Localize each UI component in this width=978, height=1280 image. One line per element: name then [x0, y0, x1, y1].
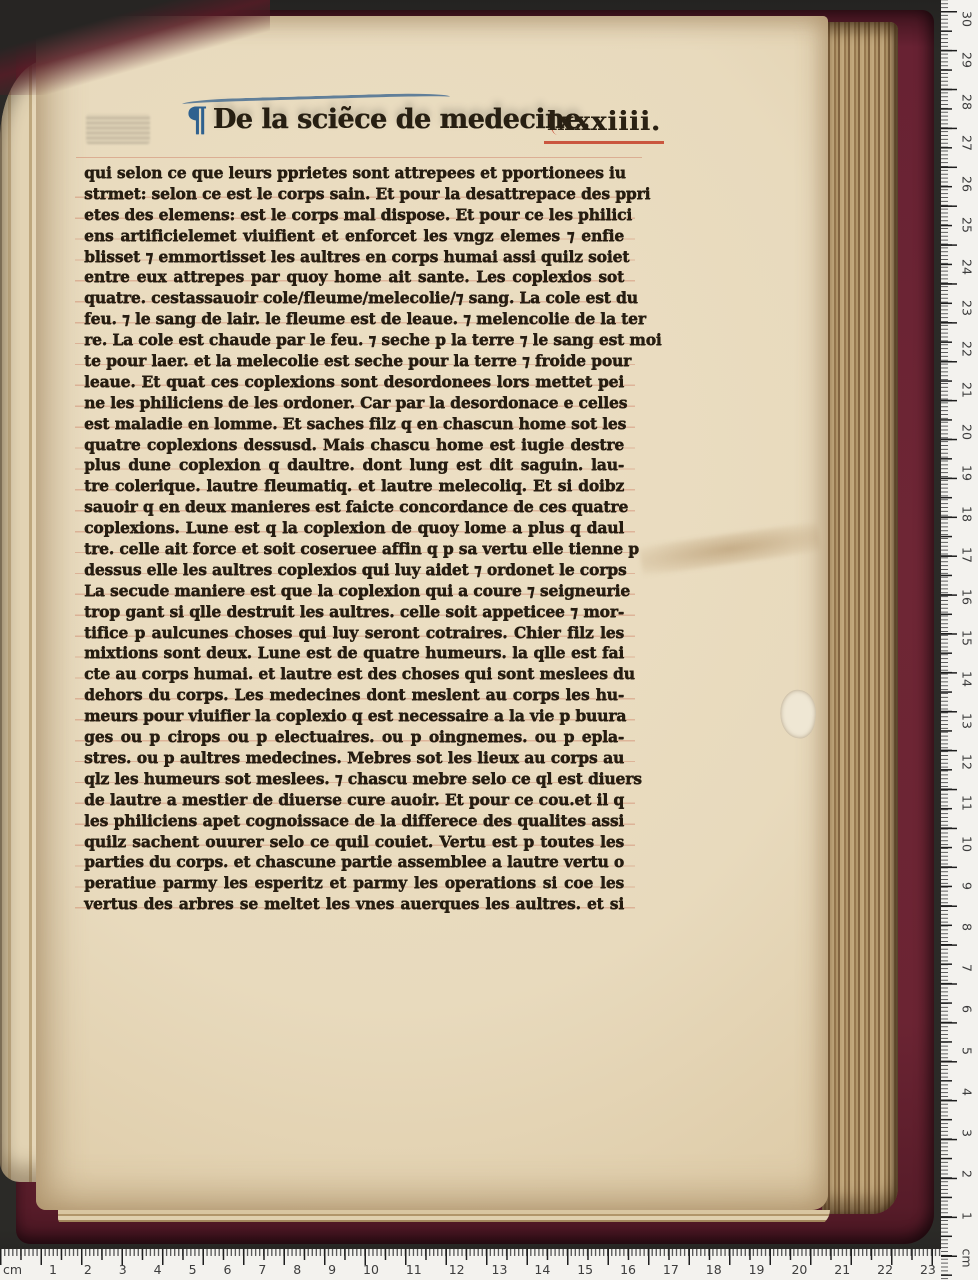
horizontal-ruler-label: 7: [258, 1262, 266, 1277]
text-line: qui selon ce que leurs pprietes sont att…: [84, 163, 624, 184]
page-fore-edge: [822, 22, 898, 1214]
horizontal-ruler-label: 14: [534, 1262, 550, 1277]
text-line: quatre. cestassauoir cole/fleume/melecol…: [84, 288, 624, 309]
vertical-ruler-label: cm: [960, 1248, 974, 1265]
text-line: dessus elle les aultres coplexios qui lu…: [84, 560, 624, 581]
horizontal-ruler-label: 21: [834, 1262, 850, 1277]
horizontal-ruler-label: 13: [492, 1262, 508, 1277]
chapter-header: ¶ De la sciẽce de medecine. lxxxiiii.: [186, 100, 664, 146]
vertical-ruler-label: 11: [960, 795, 974, 812]
text-line: trop gant si qlle destruit les aultres. …: [84, 602, 624, 623]
horizontal-ruler-label: 8: [293, 1262, 301, 1277]
horizontal-ruler-labels: cm1234567891011121314151617181920212223: [3, 1262, 936, 1277]
vertical-ruler-label: 20: [960, 423, 974, 440]
vertical-ruler-label: 27: [960, 134, 974, 151]
vertical-ruler-label: 23: [960, 299, 974, 316]
ink-bleedthrough-smudge: [86, 114, 150, 144]
text-line: sauoir q en deux manieres est faicte con…: [84, 497, 624, 518]
horizontal-ruler-label: 18: [706, 1262, 722, 1277]
text-line: meurs pour viuifier la coplexio q est ne…: [84, 706, 624, 727]
manuscript-page: ¶ De la sciẽce de medecine. lxxxiiii. qu…: [36, 16, 828, 1210]
text-line: de lautre a mestier de diuerse cure auoi…: [84, 790, 624, 811]
text-line: est maladie en lomme. Et saches filz q e…: [84, 414, 624, 435]
text-line: etes des elemens: est le corps mal dispo…: [84, 205, 624, 226]
horizontal-ruler-label: 6: [223, 1262, 231, 1277]
vertical-ruler-label: 26: [960, 176, 974, 193]
text-line: tre. celle ait force et soit coseruee af…: [84, 539, 624, 560]
vertical-ruler-label: 25: [960, 217, 974, 234]
text-line: La secude maniere est que la coplexion q…: [84, 581, 624, 602]
text-line: les philiciens apet cognoissace de la di…: [84, 811, 624, 832]
text-line: mixtions sont deux. Lune est de quatre h…: [84, 643, 624, 664]
text-line: ne les philiciens de les ordoner. Car pa…: [84, 393, 624, 414]
repair-patch: [777, 688, 819, 741]
vertical-ruler-label: 29: [960, 52, 974, 69]
page-bottom-edges: [58, 1210, 830, 1226]
horizontal-ruler-label: 4: [154, 1262, 162, 1277]
vertical-ruler-label: 13: [960, 712, 974, 729]
text-line: strmet: selon ce est le corps sain. Et p…: [84, 184, 624, 205]
vertical-ruler-label: 6: [960, 1001, 974, 1018]
text-line: ens artificielemet viuifient et enforcet…: [84, 226, 624, 247]
vertical-ruler-label: 21: [960, 382, 974, 399]
vertical-ruler-label: 19: [960, 464, 974, 481]
text-line: quatre coplexions dessusd. Mais chascu h…: [84, 435, 624, 456]
vertical-ruler-label: 1: [960, 1207, 974, 1224]
photo-stage: ¶ De la sciẽce de medecine. lxxxiiii. qu…: [0, 0, 978, 1280]
horizontal-ruler-label: 5: [189, 1262, 197, 1277]
horizontal-ruler-label: 20: [791, 1262, 807, 1277]
text-line: re. La cole est chaude par le feu. ⁊ sec…: [84, 330, 624, 351]
horizontal-ruler-label: 1: [49, 1262, 57, 1277]
vertical-ruler-label: 17: [960, 547, 974, 564]
text-line: blisset ⁊ emmortisset les aultres en cor…: [84, 247, 624, 268]
vertical-ruler-label: 15: [960, 629, 974, 646]
vertical-ruler-label: 3: [960, 1125, 974, 1142]
text-line: quilz sachent ouurer selo ce quil couiet…: [84, 832, 624, 853]
folio-number: lxxxiiii.: [544, 104, 664, 144]
vertical-ruler-label: 24: [960, 258, 974, 275]
horizontal-ruler-label: 10: [363, 1262, 379, 1277]
vertical-ruler-label: 28: [960, 93, 974, 110]
text-line: coplexions. Lune est q la coplexion de q…: [84, 518, 624, 539]
text-line: ges ou p cirops ou p electuaires. ou p o…: [84, 727, 624, 748]
vertical-ruler-label: 2: [960, 1166, 974, 1183]
horizontal-ruler-label: 15: [577, 1262, 593, 1277]
text-line: leaue. Et quat ces coplexions sont desor…: [84, 372, 624, 393]
horizontal-ruler-label: 9: [328, 1262, 336, 1277]
vertical-ruler-label: 12: [960, 753, 974, 770]
horizontal-ruler-label: 12: [449, 1262, 465, 1277]
horizontal-ruler-label: 17: [663, 1262, 679, 1277]
horizontal-ruler-label: 11: [406, 1262, 422, 1277]
text-line: peratiue parmy les esperitz et parmy les…: [84, 873, 624, 894]
vertical-ruler-label: 7: [960, 960, 974, 977]
text-line: vertus des arbres se meltet les vnes aue…: [84, 894, 624, 915]
vertical-ruler-label: 10: [960, 836, 974, 853]
red-ruling-line: [76, 157, 642, 158]
text-line: qlz les humeurs sot meslees. ⁊ chascu me…: [84, 769, 624, 790]
text-line: parties du corps. et chascune partie ass…: [84, 852, 624, 873]
vertical-ruler-labels: 3029282726252423222120191817161514131211…: [941, 12, 975, 1264]
horizontal-ruler-label: 2: [84, 1262, 92, 1277]
stain-mark: [639, 522, 821, 577]
vertical-ruler: 3029282726252423222120191817161514131211…: [941, 0, 978, 1280]
text-line: stres. ou p aultres medecines. Mebres so…: [84, 748, 624, 769]
horizontal-ruler-label: cm: [3, 1262, 22, 1277]
horizontal-ruler-label: 16: [620, 1262, 636, 1277]
text-line: cte au corps humai. et lautre est des ch…: [84, 664, 624, 685]
vertical-ruler-label: 9: [960, 877, 974, 894]
vertical-ruler-label: 30: [960, 11, 974, 28]
vertical-ruler-label: 22: [960, 341, 974, 358]
text-block: qui selon ce que leurs pprietes sont att…: [84, 163, 624, 916]
horizontal-ruler-label: 3: [119, 1262, 127, 1277]
horizontal-ruler-label: 23: [920, 1262, 936, 1277]
vertical-ruler-label: 5: [960, 1042, 974, 1059]
horizontal-ruler-label: 19: [749, 1262, 765, 1277]
text-line: feu. ⁊ le sang de lair. le fleume est de…: [84, 309, 624, 330]
horizontal-ruler: cm1234567891011121314151617181920212223: [0, 1249, 941, 1280]
text-line: tre colerique. lautre fleumatiq. et laut…: [84, 476, 624, 497]
text-line: dehors du corps. Les medecines dont mesl…: [84, 685, 624, 706]
text-line: te pour laer. et la melecolie est seche …: [84, 351, 624, 372]
vertical-ruler-label: 16: [960, 588, 974, 605]
vertical-ruler-label: 4: [960, 1083, 974, 1100]
vertical-ruler-label: 14: [960, 671, 974, 688]
vertical-ruler-label: 8: [960, 918, 974, 935]
text-line: tifice p aulcunes choses qui luy seront …: [84, 623, 624, 644]
corner-shadow: [0, 0, 270, 95]
text-line: plus dune coplexion q daultre. dont lung…: [84, 455, 624, 476]
vertical-ruler-label: 18: [960, 506, 974, 523]
text-line: entre eux attrepes par quoy home ait san…: [84, 267, 624, 288]
horizontal-ruler-label: 22: [877, 1262, 893, 1277]
